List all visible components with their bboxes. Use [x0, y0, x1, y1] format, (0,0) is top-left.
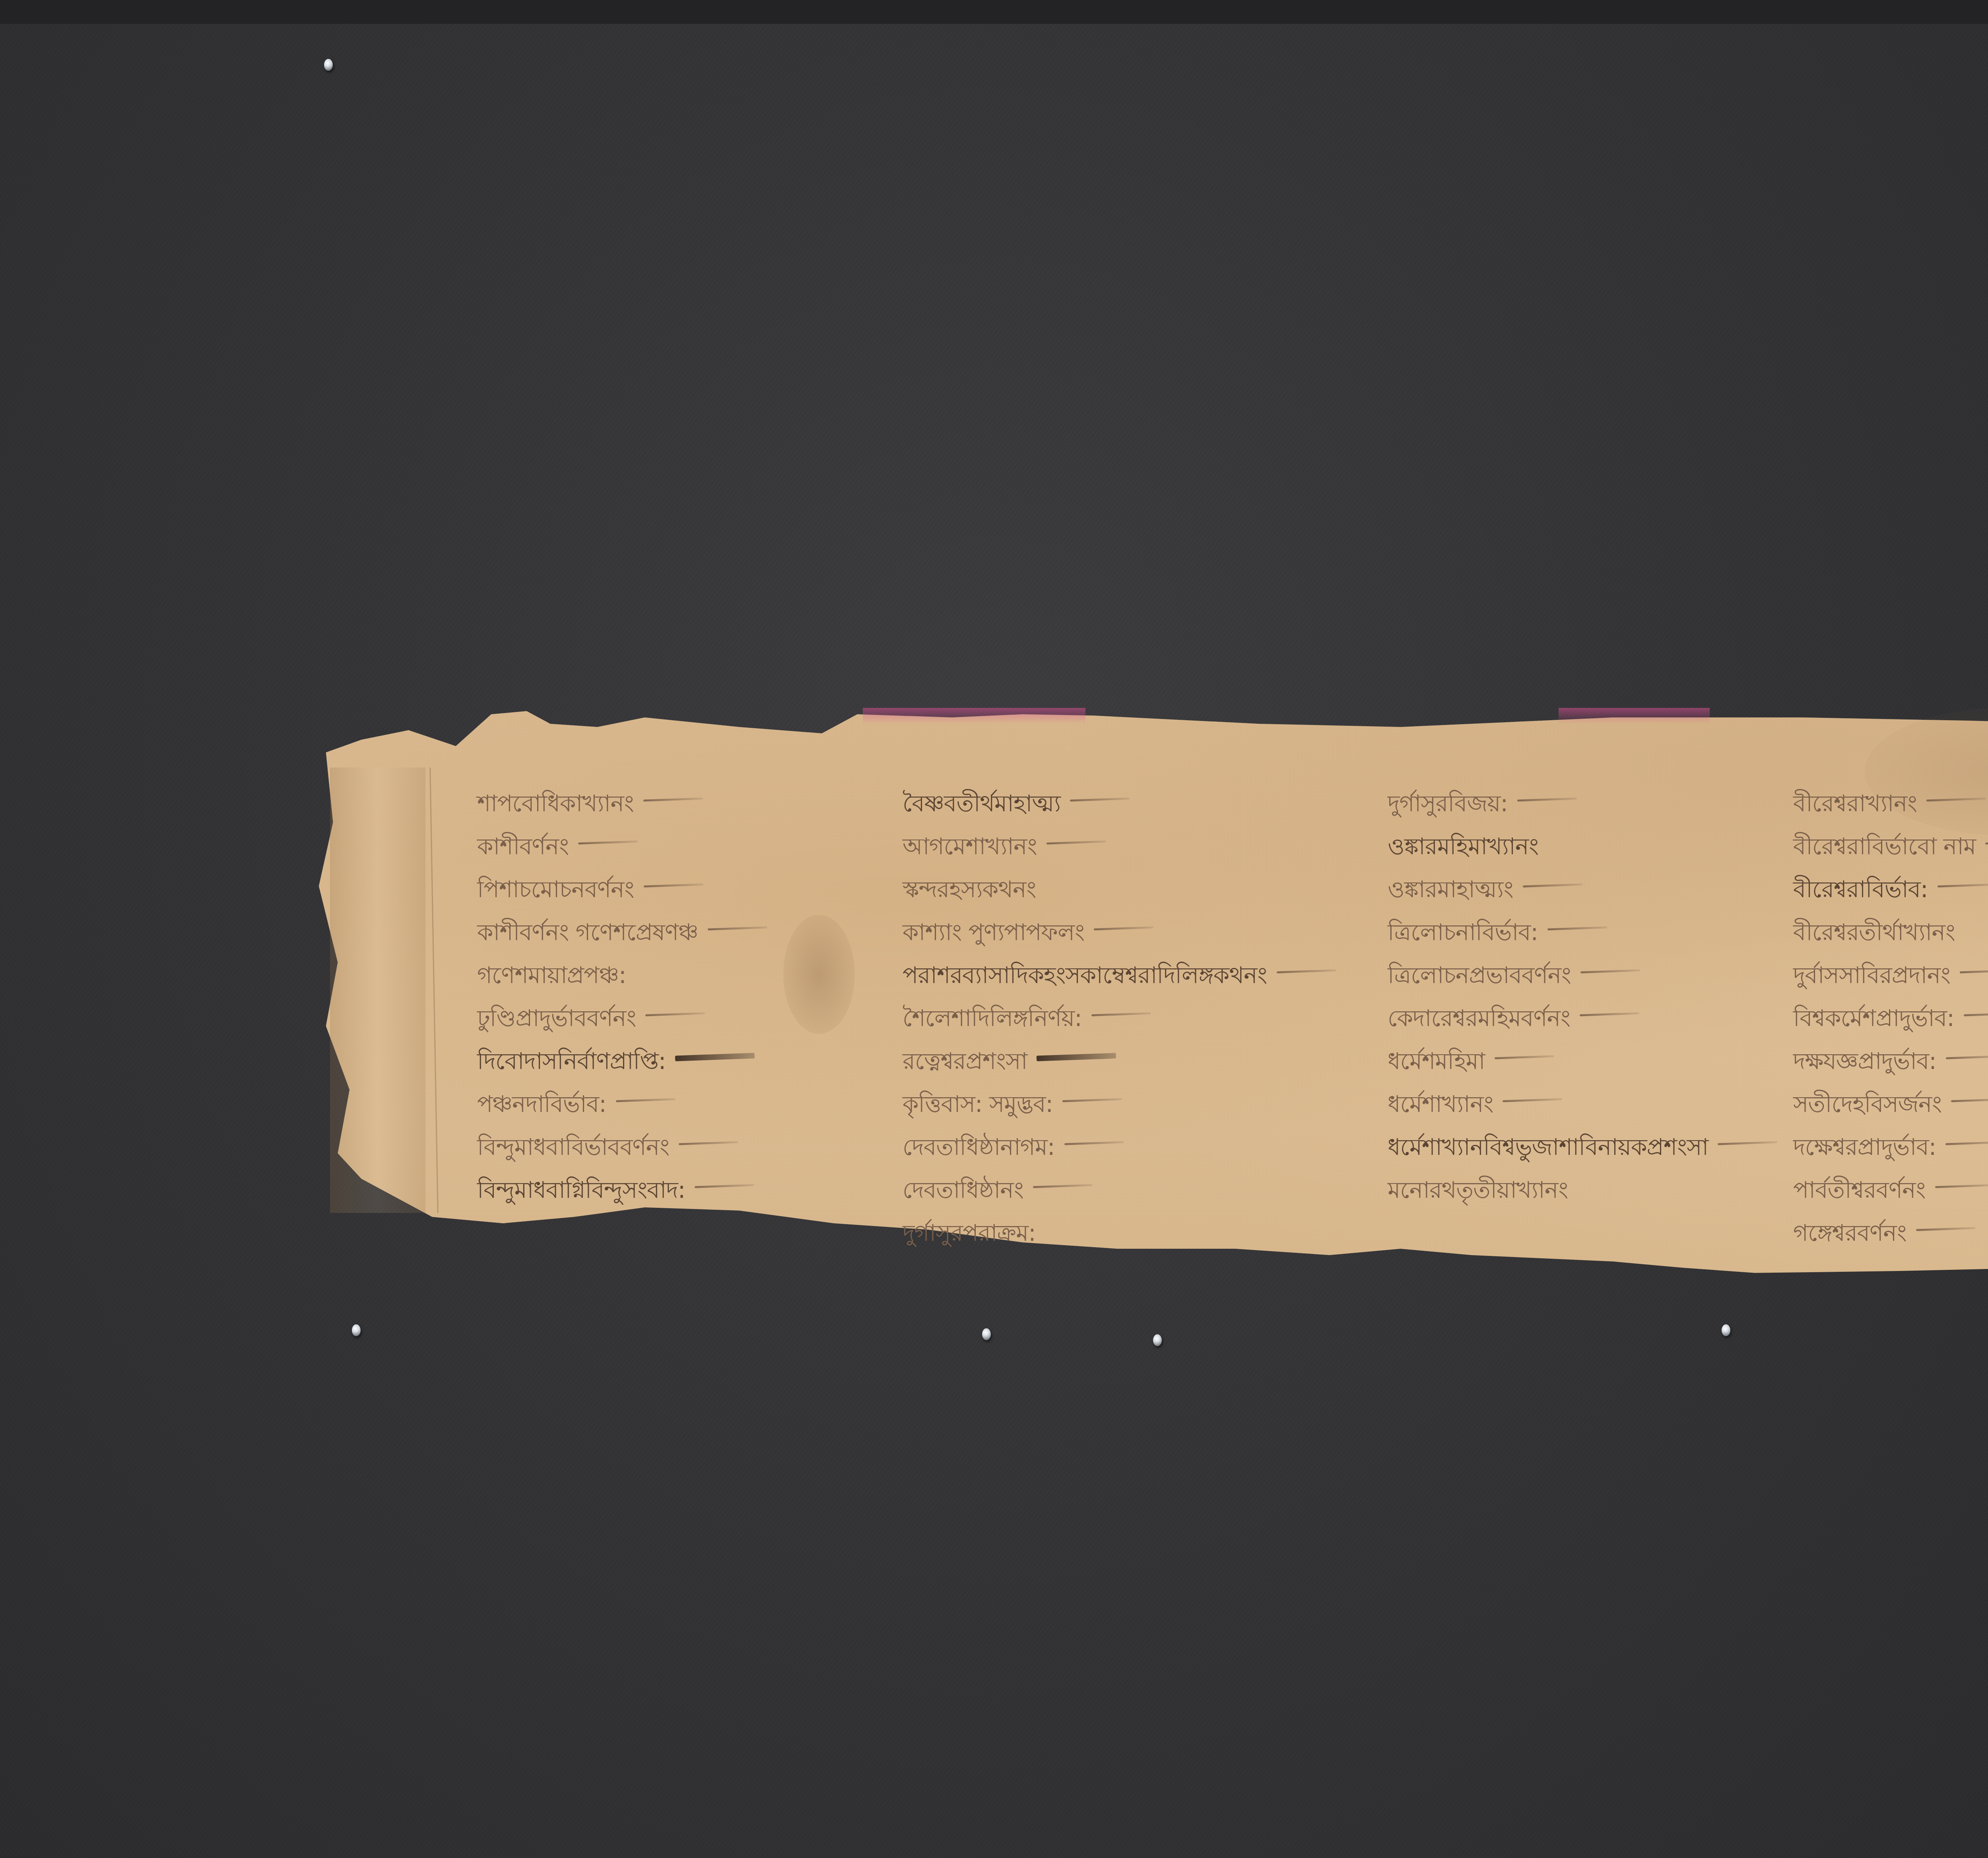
ink-dash — [1094, 926, 1153, 930]
manuscript-leaf: শাপবোধিকাখ্যানং কাশীবর্ণনং পিশাচমোচনবর্ণ… — [314, 708, 1988, 1344]
chapter-entry: দুর্গাসুরপরাক্রম: — [903, 1213, 1336, 1256]
ink-dash — [616, 1098, 676, 1102]
chapter-entry: বীরেশ্বরাখ্যানং — [1793, 783, 1988, 826]
ink-dash — [1037, 1053, 1116, 1061]
ink-dash — [1523, 883, 1582, 887]
ink-dash — [1503, 1098, 1562, 1102]
chapter-entry: গঙ্গেশ্বরবর্ণনং — [1793, 1213, 1988, 1256]
ink-dash — [1046, 840, 1106, 844]
chapter-entry: রত্নেশ্বরপ্রশংসা — [903, 1041, 1336, 1084]
ink-dash — [578, 840, 638, 844]
ink-dash — [644, 883, 703, 887]
ink-dash — [708, 926, 767, 930]
column-1: শাপবোধিকাখ্যানং কাশীবর্ণনং পিশাচমোচনবর্ণ… — [477, 783, 767, 1213]
ink-dash — [1964, 1012, 1988, 1016]
ink-dash — [1960, 969, 1988, 973]
ink-dash — [1935, 1184, 1988, 1188]
chapter-entry: ওঙ্কারমহিমাখ্যানং — [1388, 826, 1777, 869]
chapter-entry: কাশীবর্ণনং গণেশপ্রেষণঞ্চ — [477, 912, 767, 955]
ink-dash — [1495, 1055, 1554, 1059]
chapter-entry: বীরেশ্বরাবির্ভাবো নাম — [1793, 826, 1988, 869]
ink-dash — [1517, 797, 1577, 801]
top-shadow-band — [0, 0, 1988, 24]
chapter-entry: কৃত্তিবাস: সমুদ্ভব: — [903, 1084, 1336, 1127]
ink-dash — [1070, 797, 1130, 801]
ink-dash — [1580, 1012, 1639, 1016]
chapter-entry: ওঙ্কারমাহাত্ম্যং — [1388, 869, 1777, 912]
ink-dash — [1938, 883, 1988, 887]
chapter-entry: বৈষ্ণবতীর্থমাহাত্ম্য — [903, 783, 1336, 826]
chapter-entry: গণেশমায়াপ্রপঞ্চ: — [477, 955, 767, 998]
chapter-entry: বীরেশ্বরাবির্ভাব: — [1793, 869, 1988, 912]
chapter-entry: ধর্মেশাখ্যানবিশ্বভুজাশাবিনায়কপ্রশংসা — [1388, 1127, 1777, 1170]
chapter-entry: দিবোদাসনির্বাণপ্রাপ্তি: — [477, 1041, 767, 1084]
chapter-entry: পঞ্চনদাবির্ভাব: — [477, 1084, 767, 1127]
folded-left-margin — [330, 768, 425, 1213]
ink-dash — [1062, 1098, 1122, 1102]
chapter-entry: ত্রিলোচনপ্রভাববর্ণনং — [1388, 955, 1777, 998]
chapter-entry: পিশাচমোচনবর্ণনং — [477, 869, 767, 912]
column-4: বীরেশ্বরাখ্যানং বীরেশ্বরাবির্ভাবো নাম বী… — [1793, 783, 1988, 1256]
chapter-entry: আগমেশাখ্যানং — [903, 826, 1336, 869]
chapter-entry: পার্বতীশ্বরবর্ণনং — [1793, 1170, 1988, 1213]
chapter-entry: দুর্গাসুরবিজয়: — [1388, 783, 1777, 826]
ink-dash — [1946, 1055, 1988, 1059]
chapter-entry: কাশীবর্ণনং — [477, 826, 767, 869]
ink-dash — [1926, 797, 1986, 801]
ink-dash — [1276, 969, 1336, 973]
chapter-entry: মনোরথতৃতীয়াখ্যানং — [1388, 1170, 1777, 1213]
chapter-entry: ধর্মেশাখ্যানং — [1388, 1084, 1777, 1127]
chapter-entry: শৈলেশাদিলিঙ্গনির্ণয়: — [903, 998, 1336, 1041]
chapter-entry: সতীদেহবিসর্জনং — [1793, 1084, 1988, 1127]
pink-dye-stain — [863, 708, 1085, 724]
ink-dash — [1547, 926, 1607, 930]
chapter-entry: ধর্মেশমহিমা — [1388, 1041, 1777, 1084]
ink-dash — [1718, 1141, 1777, 1145]
ink-dash — [679, 1141, 738, 1145]
chapter-entry: ঢুণ্ডিপ্রাদুর্ভাববর্ণনং — [477, 998, 767, 1041]
ink-dash — [645, 1012, 705, 1016]
chapter-entry: দক্ষযজ্ঞপ্রাদুর্ভাব: — [1793, 1041, 1988, 1084]
ink-dash — [1951, 1098, 1988, 1102]
chapter-entry: দেবতাধিষ্ঠানাগম: — [903, 1127, 1336, 1170]
water-stain — [783, 915, 855, 1034]
chapter-entry: বিশ্বকর্মেশপ্রাদুর্ভাব: — [1793, 998, 1988, 1041]
ink-dash — [675, 1053, 755, 1061]
column-3: দুর্গাসুরবিজয়: ওঙ্কারমহিমাখ্যানং ওঙ্কার… — [1388, 783, 1777, 1213]
chapter-entry: দুর্বাসসাবিরপ্রদানং — [1793, 955, 1988, 998]
chapter-entry: ত্রিলোচনাবির্ভাব: — [1388, 912, 1777, 955]
chapter-entry: কাশ্যাং পুণ্যপাপফলং — [903, 912, 1336, 955]
chapter-entry: শাপবোধিকাখ্যানং — [477, 783, 767, 826]
ink-dash — [1945, 1141, 1988, 1145]
pin-head — [324, 59, 333, 71]
chapter-entry: দেবতাধিষ্ঠানং — [903, 1170, 1336, 1213]
chapter-entry: স্কন্দরহস্যকথনং — [903, 869, 1336, 912]
chapter-entry: কেদারেশ্বরমহিমবর্ণনং — [1388, 998, 1777, 1041]
chapter-entry: পরাশরব্যাসাদিকহংসকাম্বেশ্বরাদিলিঙ্গকথনং — [903, 955, 1336, 998]
ink-dash — [1033, 1184, 1093, 1188]
pink-dye-stain — [1559, 708, 1710, 724]
chapter-entry: বিন্দুমাধবাবির্ভাববর্ণনং — [477, 1127, 767, 1170]
column-2: বৈষ্ণবতীর্থমাহাত্ম্য আগমেশাখ্যানং স্কন্দ… — [903, 783, 1336, 1256]
ink-dash — [1916, 1227, 1976, 1231]
chapter-entry: বিন্দুমাধবাগ্নিবিন্দুসংবাদ: — [477, 1170, 767, 1213]
ink-dash — [1091, 1012, 1151, 1016]
ink-dash — [1064, 1141, 1124, 1145]
ink-dash — [695, 1184, 754, 1188]
ink-dash — [643, 797, 703, 801]
ink-dash — [1985, 840, 1988, 844]
ink-dash — [1580, 969, 1640, 973]
chapter-entry: বীরেশ্বরতীর্থাখ্যানং — [1793, 912, 1988, 955]
chapter-entry: দক্ষেশ্বরপ্রাদুর্ভাব: — [1793, 1127, 1988, 1170]
